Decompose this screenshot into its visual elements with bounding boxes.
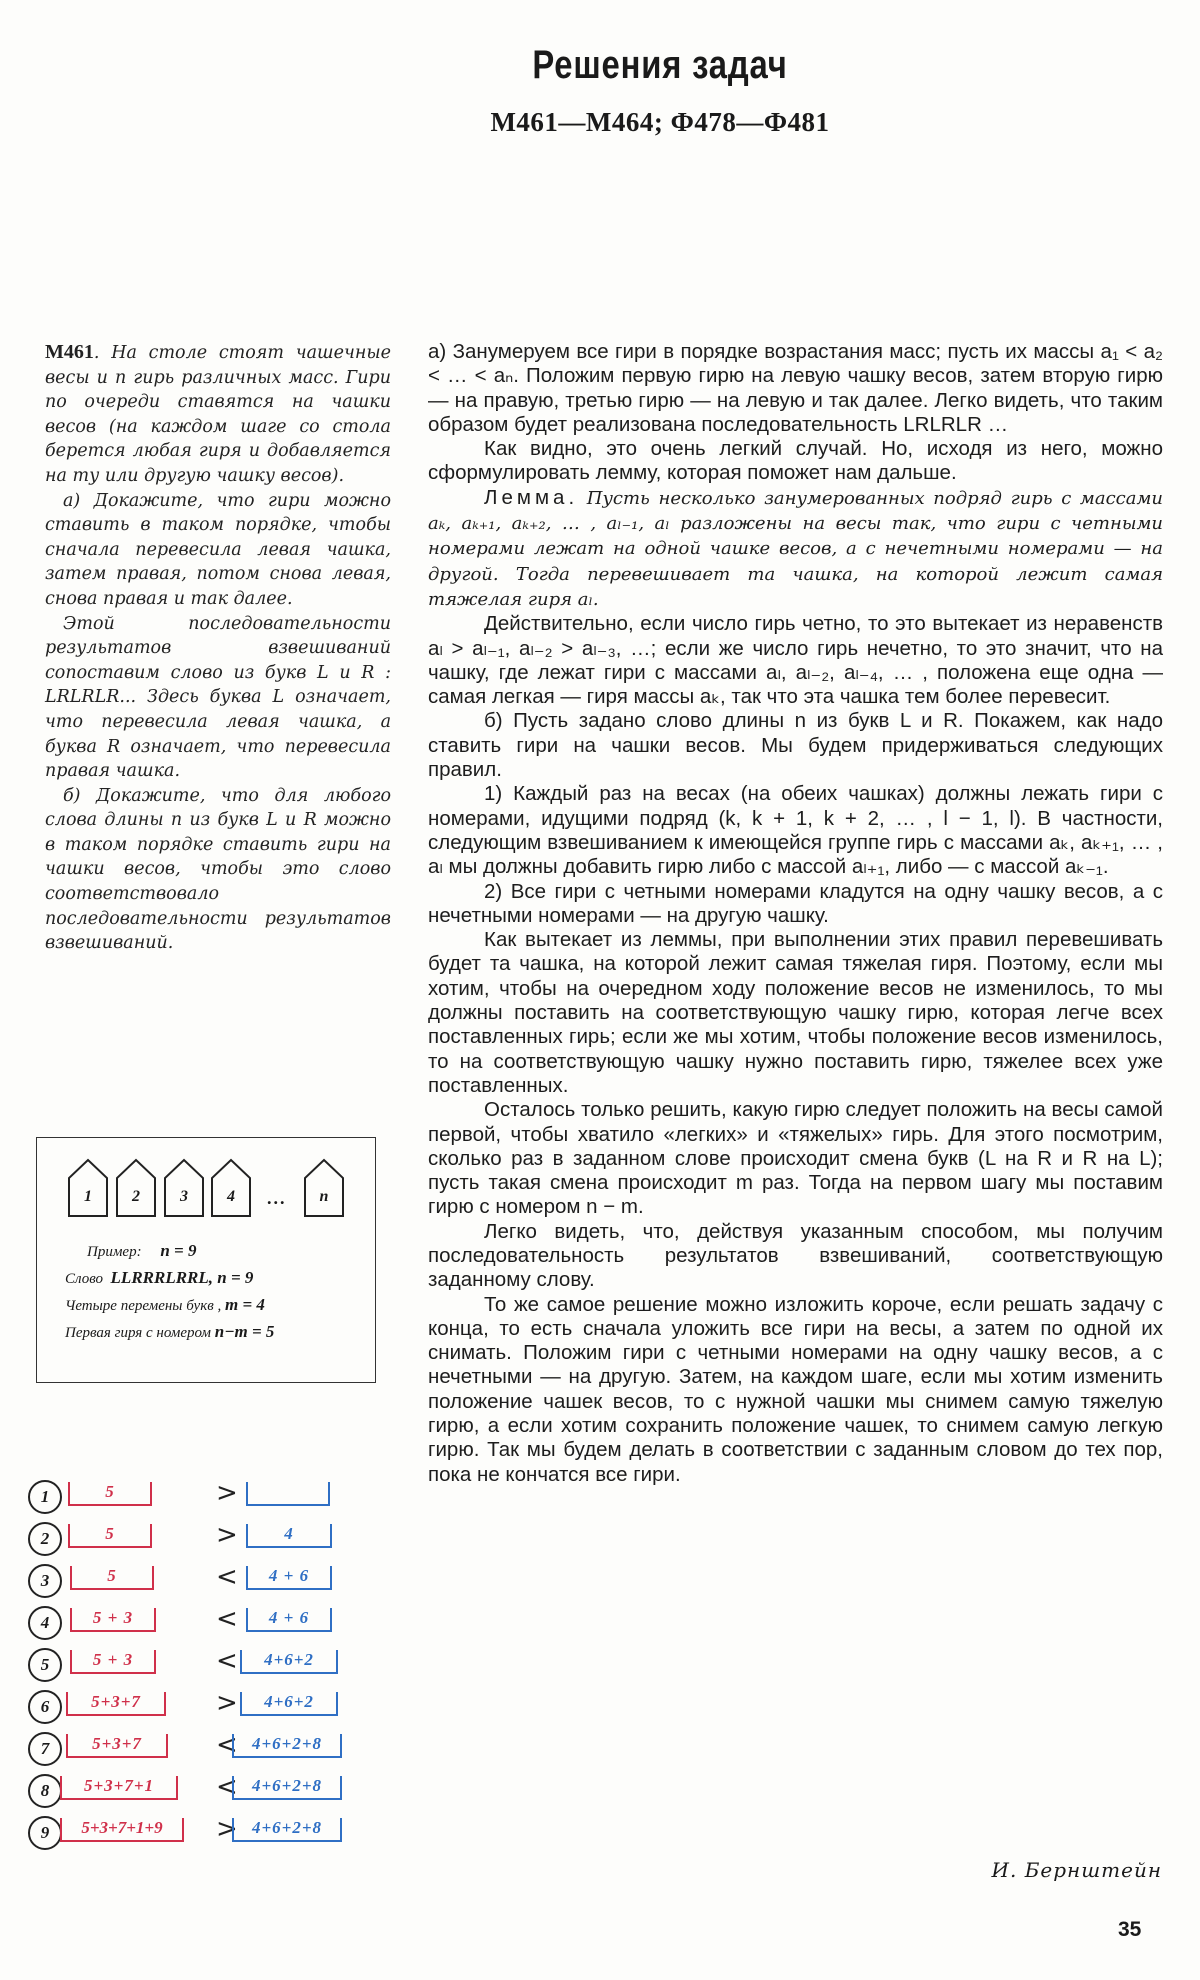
page-title: Решения задач — [217, 40, 1103, 90]
weight-label: n — [303, 1188, 345, 1206]
comparison-sign: < — [216, 1604, 238, 1634]
solution-paragraph: Осталось только решить, какую гирю следу… — [428, 1098, 1163, 1219]
problem-range-subtitle: М461—М464; Ф478—Ф481 — [120, 102, 1200, 142]
example-line: Четыре перемены букв , m = 4 — [65, 1292, 274, 1319]
left-pan: 5 — [70, 1566, 154, 1590]
lemma-proof: Действительно, если число гирь четно, то… — [428, 612, 1163, 709]
step-number: 2 — [28, 1522, 62, 1556]
right-pan: 4+6+2 — [240, 1692, 338, 1716]
comparison-sign: < — [216, 1562, 238, 1592]
step-number: 7 — [28, 1732, 62, 1766]
weighing-step: 2 5 > 4 — [28, 1520, 408, 1562]
right-pan: 4+6+2+8 — [232, 1734, 342, 1758]
weighing-step: 4 5 + 3 < 4 + 6 — [28, 1604, 408, 1646]
step-number: 8 — [28, 1774, 62, 1808]
author-signature: И. Бернштейн — [992, 1858, 1162, 1882]
right-pan — [246, 1482, 330, 1506]
right-pan: 4+6+2+8 — [232, 1776, 342, 1800]
weighing-step: 9 5+3+7+1+9 > 4+6+2+8 — [28, 1814, 408, 1856]
problem-part-b: б) Докажите, что для любого слова длины … — [45, 784, 391, 956]
lemma-label: Лемма. — [484, 486, 578, 509]
comparison-sign: < — [216, 1646, 238, 1676]
right-pan: 4+6+2 — [240, 1650, 338, 1674]
solution-column: а) Занумеруем все гири в порядке возраст… — [428, 340, 1163, 1487]
solution-paragraph: Как вытекает из леммы, при выполнении эт… — [428, 928, 1163, 1098]
problem-part-a: а) Докажите, что гири можно ставить в та… — [45, 489, 391, 612]
problem-explanation: Этой последовательности результатов взве… — [45, 612, 391, 784]
weight-label: 4 — [210, 1188, 252, 1206]
example-box: 1 2 3 4 ... n Пример: n = 9 Слово LLRRRL… — [36, 1137, 376, 1383]
problem-statement: . На столе стоят чашечные весы и n гирь … — [45, 343, 391, 486]
weight-icon: n — [303, 1158, 345, 1218]
right-pan: 4 + 6 — [246, 1566, 332, 1590]
comparison-sign: > — [216, 1478, 238, 1508]
left-pan: 5+3+7 — [66, 1692, 166, 1716]
right-pan: 4 + 6 — [246, 1608, 332, 1632]
left-pan: 5+3+7+1 — [60, 1776, 178, 1800]
example-lines: Пример: n = 9 Слово LLRRRLRRL, n = 9 Чет… — [65, 1238, 274, 1346]
left-pan: 5+3+7+1+9 — [60, 1818, 184, 1842]
left-pan: 5+3+7 — [66, 1734, 168, 1758]
weight-icon: 4 — [210, 1158, 252, 1218]
weight-label: 1 — [67, 1188, 109, 1206]
weighing-step: 1 5 > — [28, 1478, 408, 1520]
rule-2: 2) Все гири с четными номерами кладутся … — [428, 880, 1163, 929]
example-line: Слово LLRRRLRRL, n = 9 — [65, 1265, 274, 1292]
comparison-sign: > — [216, 1688, 238, 1718]
weight-icon: 2 — [115, 1158, 157, 1218]
right-pan: 4 — [246, 1524, 332, 1548]
step-number: 6 — [28, 1690, 62, 1724]
step-number: 4 — [28, 1606, 62, 1640]
weighing-step: 7 5+3+7 < 4+6+2+8 — [28, 1730, 408, 1772]
rule-1: 1) Каждый раз на весах (на обеих чашках)… — [428, 782, 1163, 879]
left-pan: 5 + 3 — [70, 1608, 156, 1632]
left-pan: 5 — [68, 1482, 152, 1506]
example-line: Первая гиря с номером n−m = 5 — [65, 1319, 274, 1346]
page-header: Решения задач М461—М464; Ф478—Ф481 — [0, 40, 1200, 142]
weighing-diagram: 1 5 > 2 5 > 4 3 5 < 4 + 6 4 5 + 3 < 4 + … — [28, 1478, 408, 1856]
solution-paragraph: Как видно, это очень легкий случай. Но, … — [428, 437, 1163, 486]
step-number: 3 — [28, 1564, 62, 1598]
ellipsis: ... — [267, 1188, 287, 1209]
weighing-step: 5 5 + 3 < 4+6+2 — [28, 1646, 408, 1688]
step-number: 5 — [28, 1648, 62, 1682]
solution-paragraph: То же самое решение можно изложить короч… — [428, 1293, 1163, 1487]
right-pan: 4+6+2+8 — [232, 1818, 342, 1842]
weighing-step: 3 5 < 4 + 6 — [28, 1562, 408, 1604]
left-pan: 5 + 3 — [70, 1650, 156, 1674]
solution-part-a: а) Занумеруем все гири в порядке возраст… — [428, 340, 1163, 437]
weighing-step: 8 5+3+7+1 < 4+6+2+8 — [28, 1772, 408, 1814]
weight-icon: 3 — [163, 1158, 205, 1218]
weight-icon: 1 — [67, 1158, 109, 1218]
problem-id: М461 — [45, 341, 94, 363]
solution-paragraph: Легко видеть, что, действуя указанным сп… — [428, 1220, 1163, 1293]
weight-label: 2 — [115, 1188, 157, 1206]
lemma: Лемма. Пусть несколько занумерованных по… — [428, 486, 1163, 612]
weighing-step: 6 5+3+7 > 4+6+2 — [28, 1688, 408, 1730]
weight-label: 3 — [163, 1188, 205, 1206]
step-number: 9 — [28, 1816, 62, 1850]
example-line: Пример: n = 9 — [65, 1238, 274, 1265]
weights-row: 1 2 3 4 ... n — [67, 1158, 367, 1218]
page-number: 35 — [1118, 1918, 1141, 1942]
problem-statement-column: М461. На столе стоят чашечные весы и n г… — [45, 340, 391, 956]
solution-part-b: б) Пусть задано слово длины n из букв L … — [428, 709, 1163, 782]
problem-intro: М461. На столе стоят чашечные весы и n г… — [45, 340, 391, 489]
comparison-sign: > — [216, 1520, 238, 1550]
left-pan: 5 — [68, 1524, 152, 1548]
step-number: 1 — [28, 1480, 62, 1514]
